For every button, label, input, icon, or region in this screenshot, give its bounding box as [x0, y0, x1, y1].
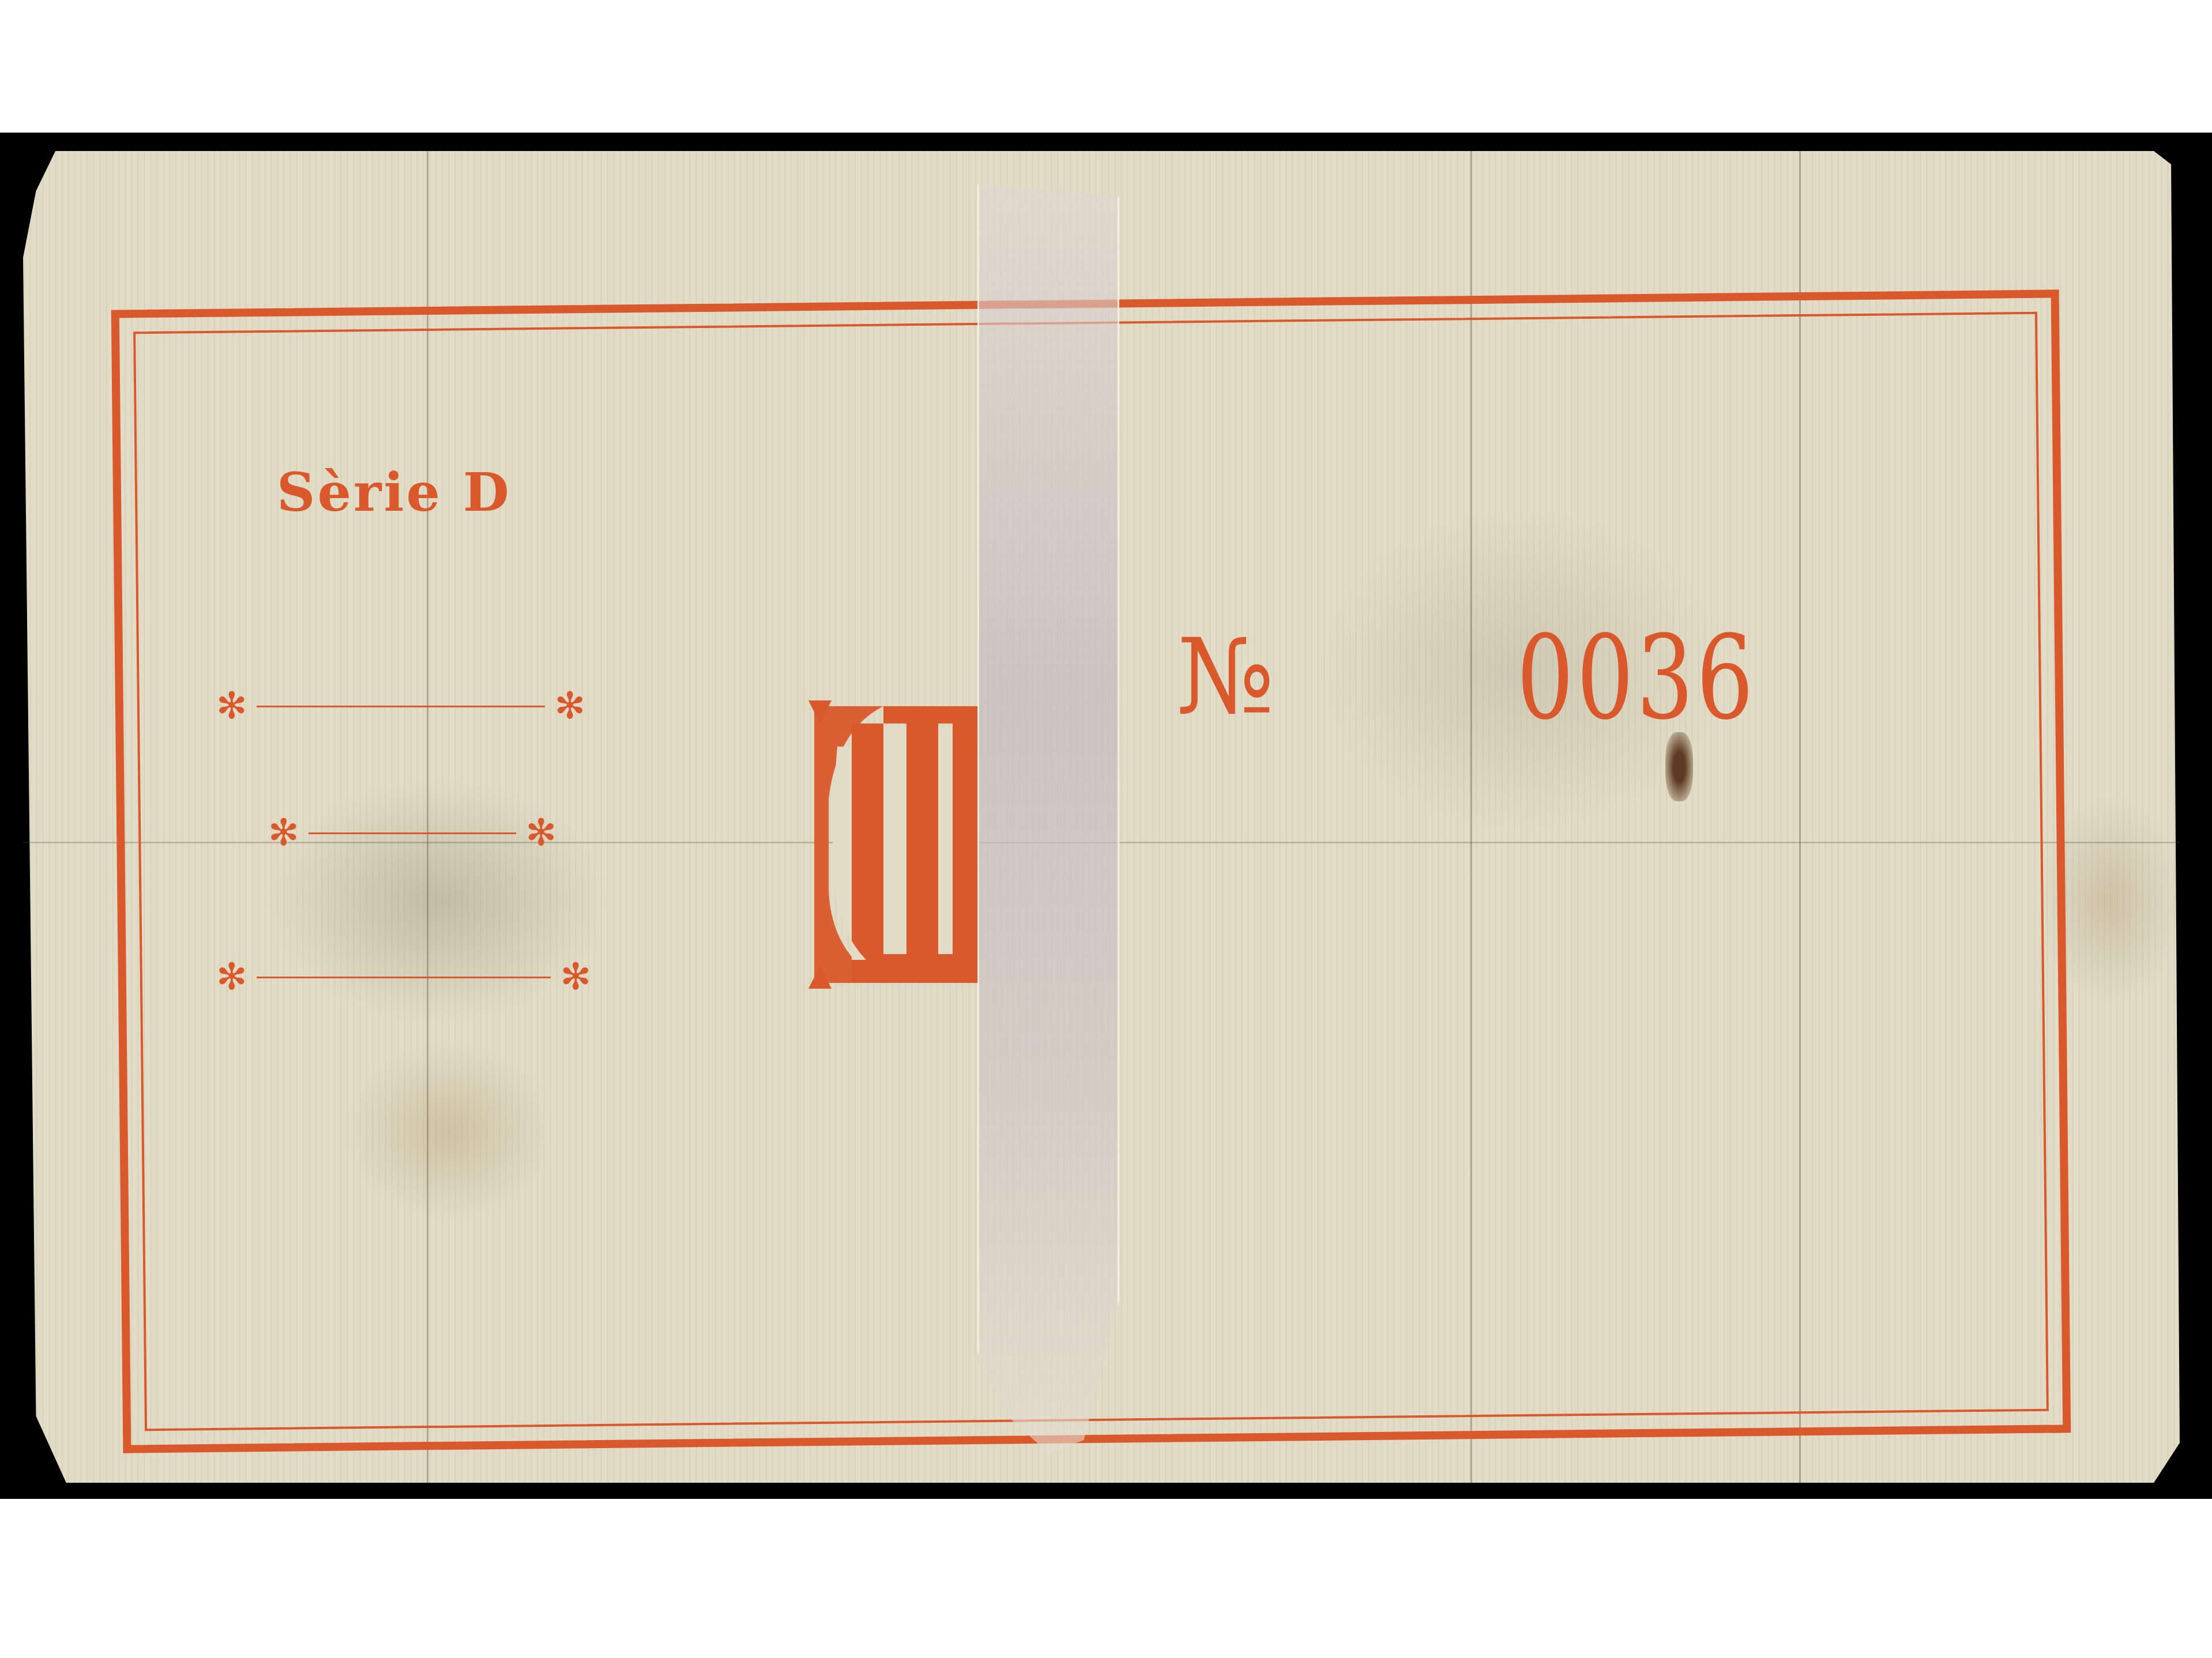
asterisk-ornament-icon: ✻: [216, 689, 247, 724]
asterisk-ornament-icon: ✻: [525, 816, 556, 850]
signature-line: ✻ ✻: [216, 960, 591, 994]
asterisk-ornament-icon: ✻: [560, 960, 591, 994]
signature-line: ✻ ✻: [216, 689, 585, 724]
shield-emblem-icon: [797, 683, 981, 1006]
signature-line: ✻ ✻: [268, 816, 556, 850]
asterisk-ornament-icon: ✻: [268, 816, 299, 850]
series-label: Sèrie D: [277, 461, 511, 523]
tape-repair-strip: [977, 184, 1119, 1453]
signature-rule: [257, 706, 546, 707]
asterisk-ornament-icon: ✻: [554, 689, 585, 724]
signature-rule: [257, 977, 551, 978]
asterisk-ornament-icon: ✻: [216, 960, 247, 994]
ink-stain: [1665, 732, 1693, 801]
serial-number: 0036: [1517, 611, 1756, 745]
number-sign: №: [1176, 617, 1274, 737]
signature-rule: [309, 832, 517, 834]
